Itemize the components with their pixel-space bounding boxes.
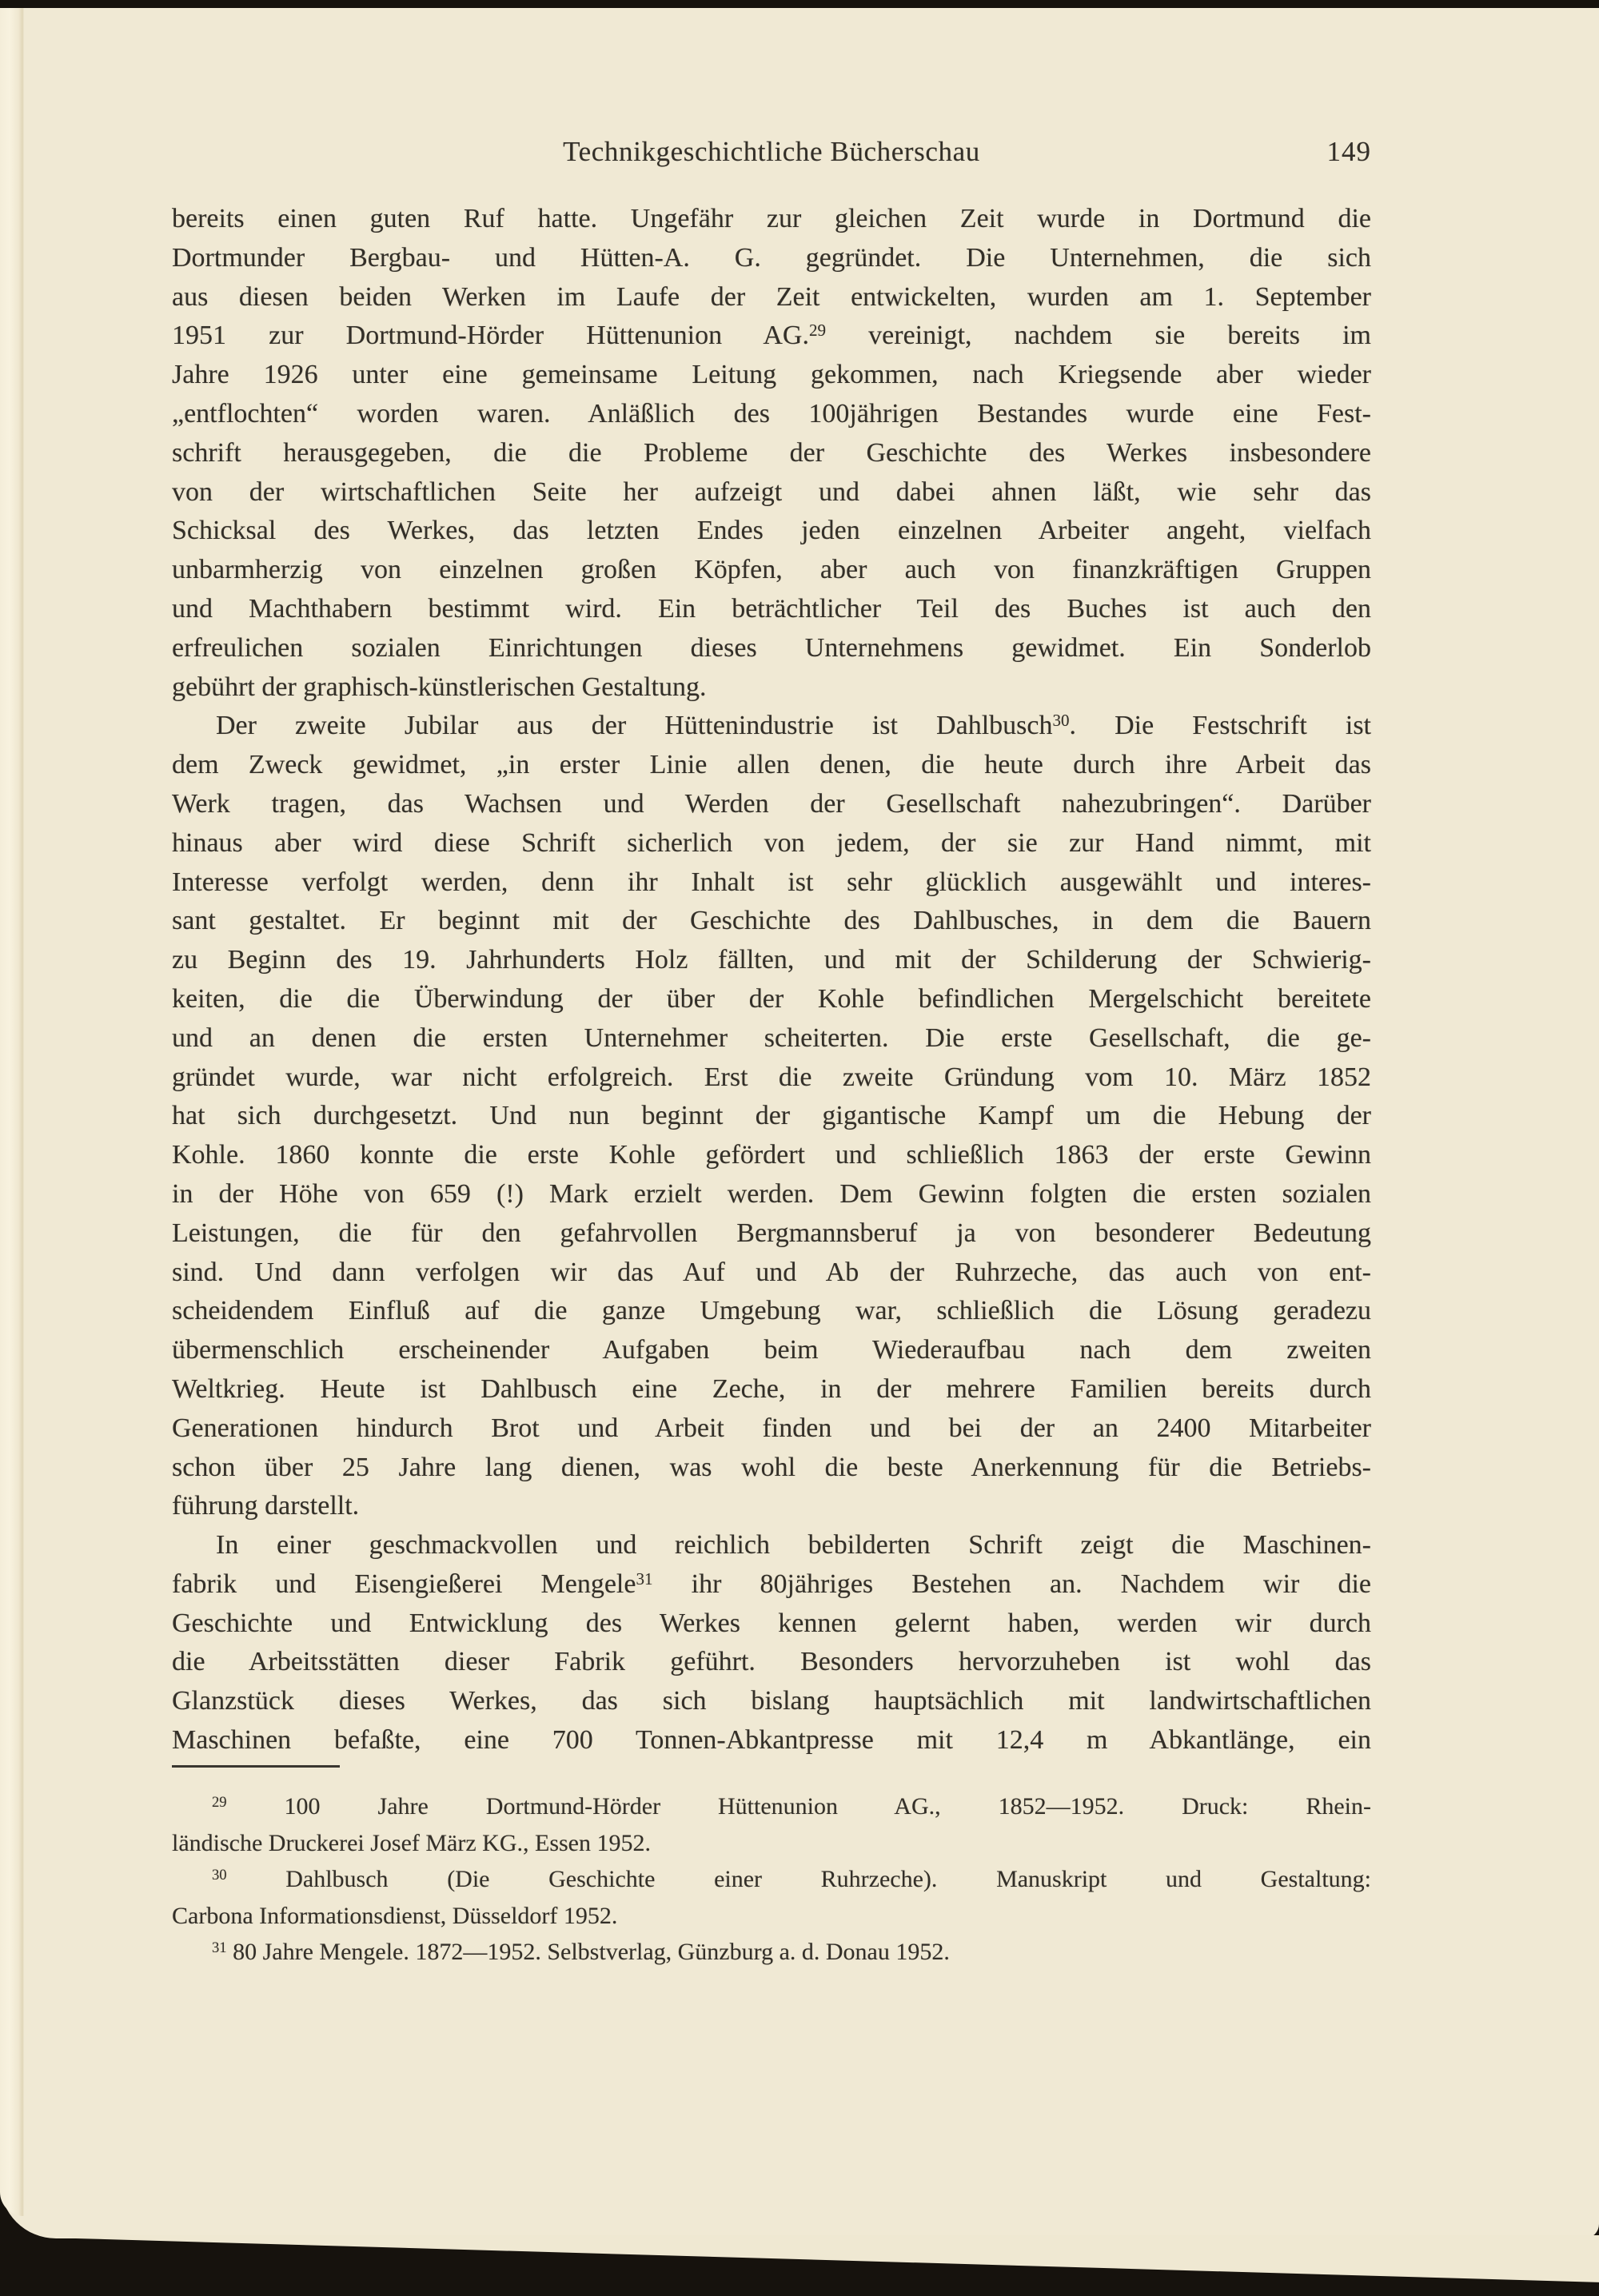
body-line: „entflochten“ worden waren. Anläßlich de… bbox=[172, 395, 1371, 434]
body-line: sind. Und dann verfolgen wir das Auf und… bbox=[172, 1254, 1371, 1293]
footnote-marker: 31 bbox=[636, 1569, 652, 1588]
body-line: In einer geschmackvollen und reichlich b… bbox=[172, 1526, 1371, 1565]
body-line: erfreulichen sozialen Einrichtungen dies… bbox=[172, 629, 1371, 668]
body-line: Interesse verfolgt werden, denn ihr Inha… bbox=[172, 863, 1371, 903]
page-number: 149 bbox=[1327, 136, 1372, 168]
body-line: Weltkrieg. Heute ist Dahlbusch eine Zech… bbox=[172, 1370, 1371, 1409]
body-line: und Machthabern bestimmt wird. Ein beträ… bbox=[172, 590, 1371, 629]
body-line: sant gestaltet. Er beginnt mit der Gesch… bbox=[172, 902, 1371, 941]
body-line: führung darstellt. bbox=[172, 1487, 1371, 1526]
body-line: scheidendem Einfluß auf die ganze Umgebu… bbox=[172, 1292, 1371, 1331]
body-line: gebührt der graphisch-künstlerischen Ges… bbox=[172, 668, 1371, 708]
body-line: Der zweite Jubilar aus der Hüttenindustr… bbox=[172, 707, 1371, 746]
body-line: Geschichte und Entwicklung des Werkes ke… bbox=[172, 1604, 1371, 1644]
page-bottom-edge bbox=[72, 2235, 1599, 2286]
body-line: in der Höhe von 659 (!) Mark erzielt wer… bbox=[172, 1175, 1371, 1214]
body-line: bereits einen guten Ruf hatte. Ungefähr … bbox=[172, 200, 1371, 239]
body-line: Leistungen, die für den gefahrvollen Ber… bbox=[172, 1214, 1371, 1254]
footnote-line: ländische Druckerei Josef März KG., Esse… bbox=[172, 1825, 1371, 1862]
body-line: hinaus aber wird diese Schrift sicherlic… bbox=[172, 824, 1371, 863]
body-line: hat sich durchgesetzt. Und nun beginnt d… bbox=[172, 1097, 1371, 1136]
body-line: schon über 25 Jahre lang dienen, was woh… bbox=[172, 1449, 1371, 1488]
body-line: Kohle. 1860 konnte die erste Kohle geför… bbox=[172, 1136, 1371, 1175]
footnote-line: 30 Dahlbusch (Die Geschichte einer Ruhrz… bbox=[172, 1861, 1371, 1898]
body-text: bereits einen guten Ruf hatte. Ungefähr … bbox=[172, 200, 1371, 1760]
footnote-separator bbox=[172, 1765, 340, 1768]
body-line: Maschinen befaßte, eine 700 Tonnen-Abkan… bbox=[172, 1721, 1371, 1760]
body-line: Dortmunder Bergbau- und Hütten-A. G. geg… bbox=[172, 239, 1371, 278]
body-line: fabrik und Eisengießerei Mengele31 ihr 8… bbox=[172, 1565, 1371, 1604]
footnote-line: Carbona Informationsdienst, Düsseldorf 1… bbox=[172, 1898, 1371, 1935]
body-line: und an denen die ersten Unternehmer sche… bbox=[172, 1019, 1371, 1058]
body-line: unbarmherzig von einzelnen großen Köpfen… bbox=[172, 551, 1371, 590]
running-title: Technikgeschichtliche Bücherschau bbox=[172, 136, 1371, 168]
body-line: Schicksal des Werkes, das letzten Endes … bbox=[172, 512, 1371, 551]
page-binding-edge bbox=[0, 8, 24, 2216]
footnote-marker: 30 bbox=[1052, 711, 1069, 730]
body-line: gründet wurde, war nicht erfolgreich. Er… bbox=[172, 1058, 1371, 1098]
body-line: zu Beginn des 19. Jahrhunderts Holz fäll… bbox=[172, 941, 1371, 980]
footnote-marker: 31 bbox=[212, 1939, 227, 1956]
body-line: die Arbeitsstätten dieser Fabrik geführt… bbox=[172, 1643, 1371, 1682]
page-header: Technikgeschichtliche Bücherschau 149 bbox=[172, 136, 1371, 173]
body-line: Jahre 1926 unter eine gemeinsame Leitung… bbox=[172, 356, 1371, 395]
body-line: Generationen hindurch Brot und Arbeit fi… bbox=[172, 1409, 1371, 1449]
body-line: Werk tragen, das Wachsen und Werden der … bbox=[172, 785, 1371, 824]
footnotes: 29 100 Jahre Dortmund-Hörder Hüttenunion… bbox=[172, 1788, 1371, 1971]
body-line: 1951 zur Dortmund-Hörder Hüttenunion AG.… bbox=[172, 317, 1371, 356]
body-line: keiten, die die Überwindung der über der… bbox=[172, 980, 1371, 1019]
footnote-marker: 29 bbox=[212, 1794, 227, 1811]
body-line: übermenschlich erscheinender Aufgaben be… bbox=[172, 1331, 1371, 1370]
footnote-line: 31 80 Jahre Mengele. 1872—1952. Selbstve… bbox=[172, 1934, 1371, 1971]
scanned-page-background: Technikgeschichtliche Bücherschau 149 be… bbox=[0, 0, 1599, 2296]
body-line: dem Zweck gewidmet, „in erster Linie all… bbox=[172, 746, 1371, 785]
body-line: aus diesen beiden Werken im Laufe der Ze… bbox=[172, 278, 1371, 317]
body-line: Glanzstück dieses Werkes, das sich bisla… bbox=[172, 1682, 1371, 1721]
body-line: von der wirtschaftlichen Seite her aufze… bbox=[172, 473, 1371, 512]
body-line: schrift herausgegeben, die die Probleme … bbox=[172, 434, 1371, 473]
footnote-marker: 29 bbox=[809, 321, 826, 340]
footnote-line: 29 100 Jahre Dortmund-Hörder Hüttenunion… bbox=[172, 1788, 1371, 1825]
footnote-marker: 30 bbox=[212, 1867, 227, 1883]
